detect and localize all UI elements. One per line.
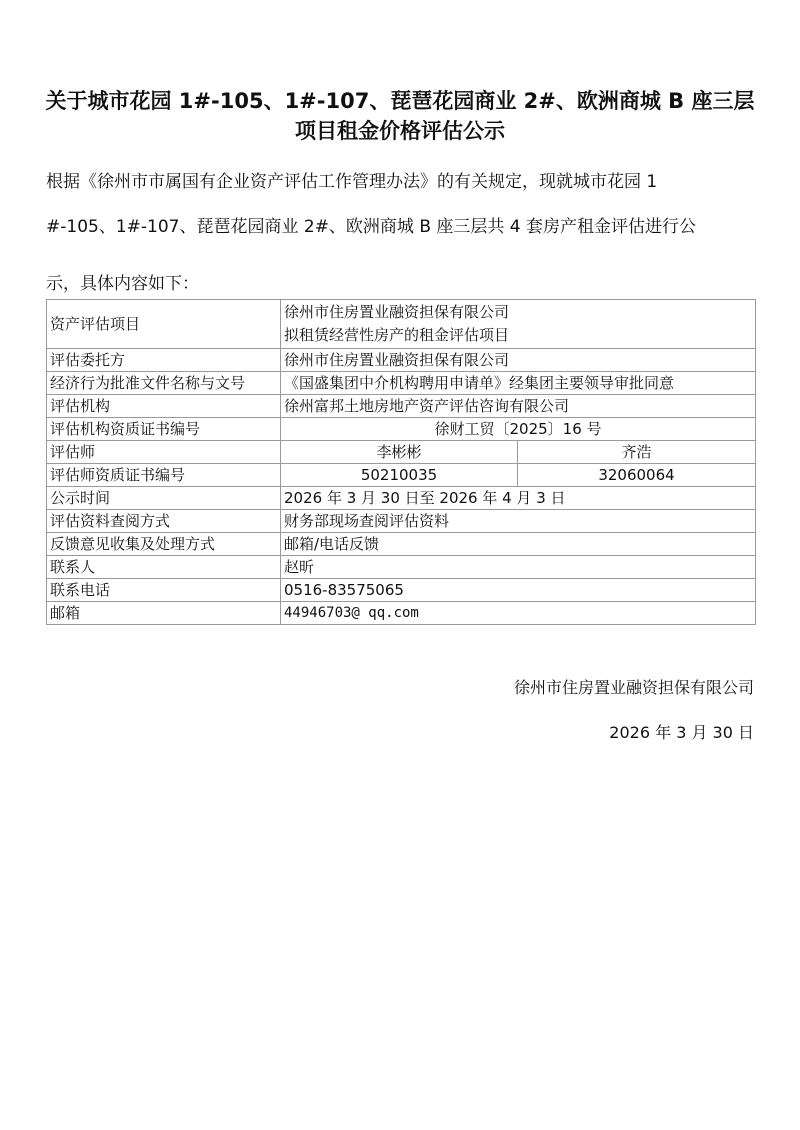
row-value: 2026 年 3 月 30 日至 2026 年 4 月 3 日	[281, 487, 756, 510]
row-value-b: 齐浩	[518, 441, 756, 464]
table-row-appraiser-cert: 评估师资质证书编号 50210035 32060064	[47, 464, 756, 487]
row-label: 公示时间	[47, 487, 281, 510]
assessment-info-table: 资产评估项目 徐州市住房置业融资担保有限公司 拟租赁经营性房产的租金评估项目 评…	[46, 299, 756, 625]
intro-paragraph-line-1: 根据《徐州市市属国有企业资产评估工作管理办法》的有关规定，现就城市花园 1	[46, 172, 758, 192]
table-row-feedback-method: 反馈意见收集及处理方式 邮箱/电话反馈	[47, 533, 756, 556]
table-row-review-method: 评估资料查阅方式 财务部现场查阅评估资料	[47, 510, 756, 533]
table-row-agency: 评估机构 徐州富邦土地房地产资产评估咨询有限公司	[47, 395, 756, 418]
intro-paragraph-line-2: #-105、1#-107、琵琶花园商业 2#、欧洲商城 B 座三层共 4 套房产…	[46, 217, 758, 237]
row-value: 徐州市住房置业融资担保有限公司 拟租赁经营性房产的租金评估项目	[281, 300, 756, 349]
row-label: 评估委托方	[47, 349, 281, 372]
row-label: 资产评估项目	[47, 300, 281, 349]
row-label: 评估机构资质证书编号	[47, 418, 281, 441]
title-line-2: 项目租金价格评估公示	[40, 116, 760, 146]
title-line-1: 关于城市花园 1#-105、1#-107、琵琶花园商业 2#、欧洲商城 B 座三…	[40, 86, 760, 116]
table-row-contact-person: 联系人 赵昕	[47, 556, 756, 579]
row-value: 徐州市住房置业融资担保有限公司	[281, 349, 756, 372]
row-value: 财务部现场查阅评估资料	[281, 510, 756, 533]
table-row-publicity-period: 公示时间 2026 年 3 月 30 日至 2026 年 4 月 3 日	[47, 487, 756, 510]
table-row-email: 邮箱 44946703@ qq.com	[47, 602, 756, 625]
signature-date: 2026 年 3 月 30 日	[609, 720, 754, 743]
row-value-a: 50210035	[281, 464, 518, 487]
row-label: 评估师	[47, 441, 281, 464]
row-label: 评估机构	[47, 395, 281, 418]
intro-paragraph-line-3: 示，具体内容如下：	[46, 274, 758, 294]
row-value: 《国盛集团中介机构聘用申请单》经集团主要领导审批同意	[281, 372, 756, 395]
row-value: 0516-83575065	[281, 579, 756, 602]
table-row-contact-phone: 联系电话 0516-83575065	[47, 579, 756, 602]
row-label: 经济行为批准文件名称与文号	[47, 372, 281, 395]
row-value-line-1: 徐州市住房置业融资担保有限公司	[284, 301, 752, 324]
row-value-b: 32060064	[518, 464, 756, 487]
row-label: 联系电话	[47, 579, 281, 602]
table-row-appraisers: 评估师 李彬彬 齐浩	[47, 441, 756, 464]
row-label: 反馈意见收集及处理方式	[47, 533, 281, 556]
table-row-client: 评估委托方 徐州市住房置业融资担保有限公司	[47, 349, 756, 372]
table-row-approval-doc: 经济行为批准文件名称与文号 《国盛集团中介机构聘用申请单》经集团主要领导审批同意	[47, 372, 756, 395]
table-row-agency-cert: 评估机构资质证书编号 徐财工贸〔2025〕16 号	[47, 418, 756, 441]
row-value: 徐财工贸〔2025〕16 号	[281, 418, 756, 441]
row-value: 邮箱/电话反馈	[281, 533, 756, 556]
row-label: 评估资料查阅方式	[47, 510, 281, 533]
document-title: 关于城市花园 1#-105、1#-107、琵琶花园商业 2#、欧洲商城 B 座三…	[40, 86, 760, 146]
row-value-a: 李彬彬	[281, 441, 518, 464]
table-row-asset-project: 资产评估项目 徐州市住房置业融资担保有限公司 拟租赁经营性房产的租金评估项目	[47, 300, 756, 349]
row-value: 44946703@ qq.com	[281, 602, 756, 625]
row-value: 赵昕	[281, 556, 756, 579]
row-label: 联系人	[47, 556, 281, 579]
row-value-line-2: 拟租赁经营性房产的租金评估项目	[284, 324, 752, 347]
row-label: 邮箱	[47, 602, 281, 625]
row-label: 评估师资质证书编号	[47, 464, 281, 487]
signature-company: 徐州市住房置业融资担保有限公司	[514, 675, 754, 698]
row-value: 徐州富邦土地房地产资产评估咨询有限公司	[281, 395, 756, 418]
